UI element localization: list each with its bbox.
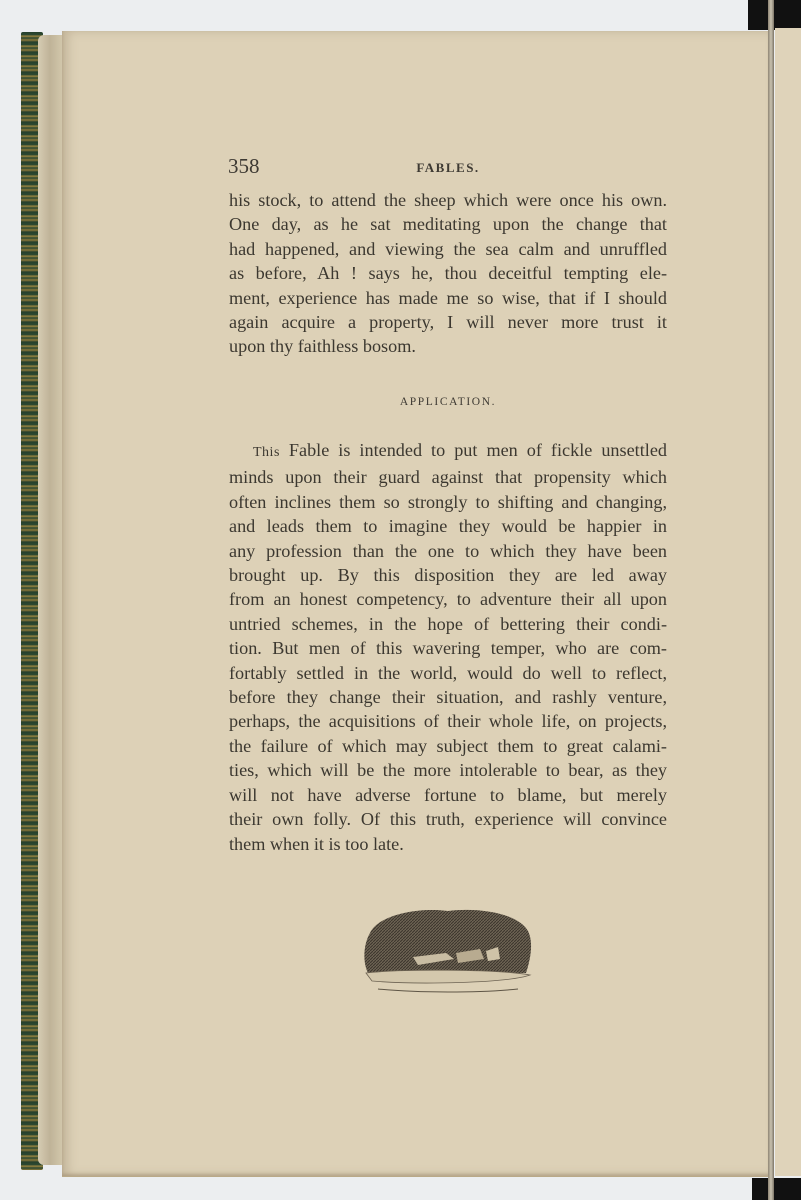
text-line: upon thy faithless bosom.	[229, 334, 667, 358]
text-line: from an honest competency, to adventure …	[229, 587, 667, 611]
text-line: ties, which will be the more intolerable…	[229, 758, 667, 782]
text-line: the failure of which may subject them to…	[229, 734, 667, 758]
text-line: untried schemes, in the hope of betterin…	[229, 612, 667, 636]
text-line: again acquire a property, I will never m…	[229, 310, 667, 334]
text-line: any profession than the one to which the…	[229, 539, 667, 563]
text-line: his stock, to attend the sheep which wer…	[229, 188, 667, 212]
text-line: ment, experience has made me so wise, th…	[229, 286, 667, 310]
text-line: brought up. By this disposition they are…	[229, 563, 667, 587]
text-line: as before, Ah ! says he, thou deceitful …	[229, 261, 667, 285]
facing-page-edge	[775, 28, 801, 1176]
text-line-first: This Fable is intended to put men of fic…	[229, 438, 667, 465]
text-line: had happened, and viewing the sea calm a…	[229, 237, 667, 261]
text-line: them when it is too late.	[229, 832, 667, 856]
application-paragraph: This Fable is intended to put men of fic…	[229, 438, 667, 856]
page-gutter	[768, 0, 774, 1200]
woodcut-vignette-icon	[358, 903, 536, 1003]
background-dark-bottom	[752, 1178, 801, 1200]
background-dark-top	[748, 0, 801, 30]
small-caps-word: This	[253, 445, 280, 460]
running-head: 358 FABLES.	[228, 154, 668, 178]
section-heading: APPLICATION.	[229, 396, 667, 408]
text-line: often inclines them so strongly to shift…	[229, 490, 667, 514]
text-line: will not have adverse fortune to blame, …	[229, 783, 667, 807]
text-line: before they change their situation, and …	[229, 685, 667, 709]
text-line: perhaps, the acquisitions of their whole…	[229, 709, 667, 733]
running-title: FABLES.	[228, 160, 668, 176]
text-line: minds upon their guard against that prop…	[229, 465, 667, 489]
fable-ending-paragraph: his stock, to attend the sheep which wer…	[229, 188, 667, 359]
text-line: and leads them to imagine they would be …	[229, 514, 667, 538]
text-line: their own folly. Of this truth, experien…	[229, 807, 667, 831]
text-line: tion. But men of this wavering temper, w…	[229, 636, 667, 660]
text-line: fortably settled in the world, would do …	[229, 661, 667, 685]
text-line: One day, as he sat meditating upon the c…	[229, 212, 667, 236]
